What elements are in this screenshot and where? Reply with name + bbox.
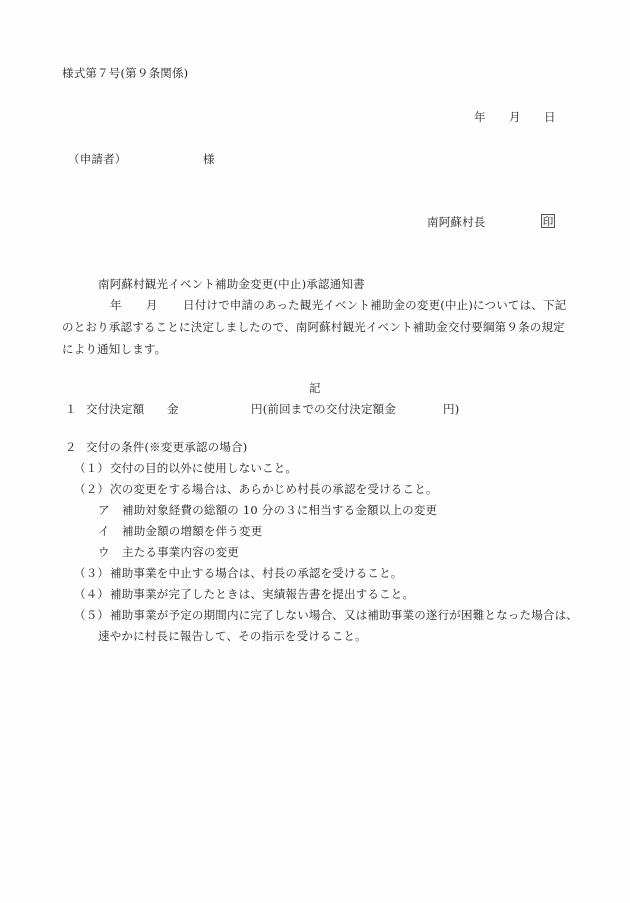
issuer-name: 南阿蘇村長	[427, 214, 486, 230]
date-year-label: 年	[474, 109, 486, 125]
condition-5-continuation: 速やかに村長に報告して、その指示を受けること。	[98, 628, 367, 644]
applicant-label: （申請者）	[68, 151, 127, 167]
form-number: 様式第７号(第９条関係)	[62, 65, 188, 81]
body-line-1: 日付けで申請のあった観光イベント補助金の変更(中止)については、下記	[183, 297, 566, 313]
item1-kin: 金	[167, 401, 179, 417]
condition-4-number: （４）	[74, 586, 109, 602]
condition-5-number: （５）	[74, 607, 109, 623]
condition-1-number: （１）	[74, 460, 109, 476]
body-year-label: 年	[110, 297, 122, 313]
date-day-label: 日	[544, 109, 556, 125]
item1-number: １	[65, 401, 77, 417]
condition-5-text: 補助事業が予定の期間内に完了しない場合、又は補助事業の遂行が困難となった場合は、	[110, 607, 578, 623]
item2-number: ２	[65, 439, 77, 455]
body-line-2: のとおり承認することに決定しましたので、南阿蘇村観光イベント補助金交付要綱第９条…	[62, 319, 565, 335]
condition-2-text: 次の変更をする場合は、あらかじめ村長の承認を受けること。	[110, 481, 438, 497]
item1-yen-close: 円)	[443, 401, 459, 417]
document-title: 南阿蘇村観光イベント補助金変更(中止)承認通知書	[98, 276, 365, 292]
condition-3-number: （３）	[74, 565, 109, 581]
sub-item-u-text: 主たる事業内容の変更	[122, 544, 239, 560]
sub-item-a-kana: ア	[98, 502, 110, 518]
date-month-label: 月	[509, 109, 521, 125]
condition-2-number: （２）	[74, 481, 109, 497]
item1-yen-prev: 円(前回までの交付決定額金	[251, 401, 396, 417]
seal-mark: 印	[541, 214, 555, 228]
sub-item-u-kana: ウ	[98, 544, 110, 560]
document-page: 様式第７号(第９条関係) 年 月 日 （申請者） 様 南阿蘇村長 印 南阿蘇村観…	[0, 0, 630, 903]
sub-item-i-kana: イ	[98, 523, 110, 539]
item1-label: 交付決定額	[86, 401, 145, 417]
ki-heading: 記	[309, 380, 321, 396]
body-month-label: 月	[146, 297, 158, 313]
condition-1-text: 交付の目的以外に使用しないこと。	[110, 460, 297, 476]
condition-3-text: 補助事業を中止する場合は、村長の承認を受けること。	[110, 565, 403, 581]
item2-label: 交付の条件(※変更承認の場合)	[86, 439, 247, 455]
sub-item-a-text: 補助対象経費の総額の 10 分の３に相当する金額以上の変更	[122, 502, 437, 518]
sub-item-i-text: 補助金額の増額を伴う変更	[122, 523, 262, 539]
condition-4-text: 補助事業が完了したときは、実績報告書を提出すること。	[110, 586, 414, 602]
body-line-3: により通知します。	[62, 341, 166, 357]
applicant-honorific: 様	[203, 151, 215, 167]
